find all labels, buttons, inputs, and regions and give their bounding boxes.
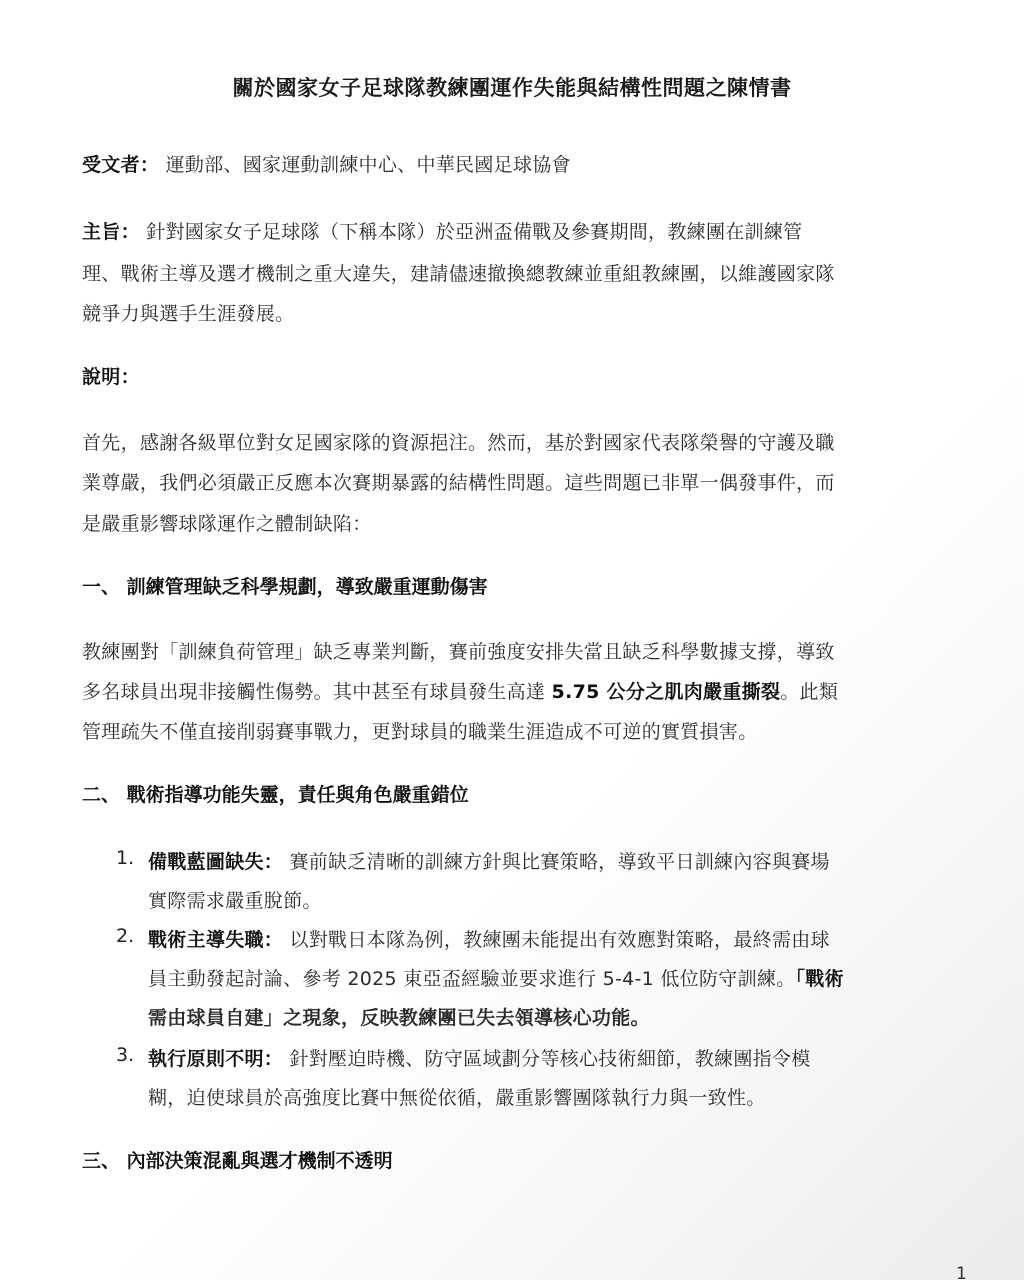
recipients-label: 受文者：: [82, 154, 159, 176]
list-item-text: 針對壓迫時機、防守區域劃分等核心技術細節，教練團指令模: [289, 1048, 810, 1070]
injury-highlight: 5.75 公分之肌肉嚴重撕裂: [552, 681, 781, 703]
section1-line-1: 教練團對「訓練負荷管理」缺乏專業判斷，賽前強度安排失當且缺乏科學數據支撐，導致: [82, 637, 835, 664]
document-page: 關於國家女子足球隊教練團運作失能與結構性問題之陳情書 受文者： 運動部、國家運動…: [0, 0, 1024, 1280]
intro-line-2: 業尊嚴，我們必須嚴正反應本次賽期暴露的結構性問題。這些問題已非單一偶發事件，而: [82, 468, 835, 495]
list-item-number: 2.: [116, 925, 134, 947]
subject-label: 主旨：: [82, 221, 140, 243]
recipients-value: 運動部、國家運動訓練中心、中華民國足球協會: [166, 154, 571, 176]
list-item-1-line-2: 實際需求嚴重脫節。: [148, 886, 322, 913]
list-item-highlight: 「戰術: [796, 968, 844, 990]
list-item-2-line-1: 戰術主導失職： 以對戰日本隊為例，教練團未能提出有效應對策略，最終需由球: [148, 925, 830, 952]
list-item-3-line-2: 糊，迫使球員於高強度比賽中無從依循，嚴重影響團隊執行力與一致性。: [148, 1083, 766, 1110]
section1-line-2-end: 。此類: [780, 681, 838, 703]
document-title: 關於國家女子足球隊教練團運作失能與結構性問題之陳情書: [0, 72, 1024, 102]
section1-line-3: 管理疏失不僅直接削弱賽事戰力，更對球員的職業生涯造成不可逆的實質損害。: [82, 717, 758, 744]
intro-line-1: 首先，感謝各級單位對女足國家隊的資源挹注。然而，基於對國家代表隊榮譽的守護及職: [82, 428, 835, 455]
list-item-2-line-2: 員主動發起討論、參考 2025 東亞盃經驗並要求進行 5-4-1 低位防守訓練。…: [148, 964, 844, 991]
subject-line-1: 主旨： 針對國家女子足球隊（下稱本隊）於亞洲盃備戰及參賽期間，教練團在訓練管: [82, 217, 802, 244]
list-item-text: 以對戰日本隊為例，教練團未能提出有效應對策略，最終需由球: [289, 929, 829, 951]
explanation-label: 說明：: [82, 362, 140, 389]
list-item-label: 備戰藍圖缺失：: [148, 851, 283, 873]
page-number: 1: [956, 1264, 967, 1280]
section2-heading: 二、 戰術指導功能失靈，責任與角色嚴重錯位: [82, 780, 469, 807]
list-item-3-line-1: 執行原則不明： 針對壓迫時機、防守區域劃分等核心技術細節，教練團指令模: [148, 1044, 811, 1071]
list-item-2-line-3: 需由球員自建」之現象，反映教練團已失去領導核心功能。: [148, 1003, 650, 1030]
subject-text-1: 針對國家女子足球隊（下稱本隊）於亞洲盃備戰及參賽期間，教練團在訓練管: [146, 221, 802, 243]
section1-heading: 一、 訓練管理缺乏科學規劃，導致嚴重運動傷害: [82, 572, 488, 599]
list-item-text: 賽前缺乏清晰的訓練方針與比賽策略，導致平日訓練內容與賽場: [289, 851, 829, 873]
list-item-label: 戰術主導失職：: [148, 929, 283, 951]
list-item-number: 1.: [116, 847, 134, 869]
list-item-label: 執行原則不明：: [148, 1048, 283, 1070]
section3-heading: 三、 內部決策混亂與選才機制不透明: [82, 1146, 393, 1173]
subject-line-2: 理、戰術主導及選才機制之重大違失，建請儘速撤換總教練並重組教練團，以維護國家隊: [82, 259, 835, 286]
intro-line-3: 是嚴重影響球隊運作之體制缺陷：: [82, 509, 372, 536]
section1-line-2-text: 多名球員出現非接觸性傷勢。其中甚至有球員發生高達: [82, 681, 552, 703]
recipients-line: 受文者： 運動部、國家運動訓練中心、中華民國足球協會: [82, 150, 571, 177]
list-item-1-line-1: 備戰藍圖缺失： 賽前缺乏清晰的訓練方針與比賽策略，導致平日訓練內容與賽場: [148, 847, 830, 874]
list-item-text: 員主動發起討論、參考 2025 東亞盃經驗並要求進行 5-4-1 低位防守訓練。: [148, 968, 796, 990]
section1-line-2: 多名球員出現非接觸性傷勢。其中甚至有球員發生高達 5.75 公分之肌肉嚴重撕裂。…: [82, 677, 838, 704]
subject-line-3: 競爭力與選手生涯發展。: [82, 299, 294, 326]
list-item-number: 3.: [116, 1044, 134, 1066]
